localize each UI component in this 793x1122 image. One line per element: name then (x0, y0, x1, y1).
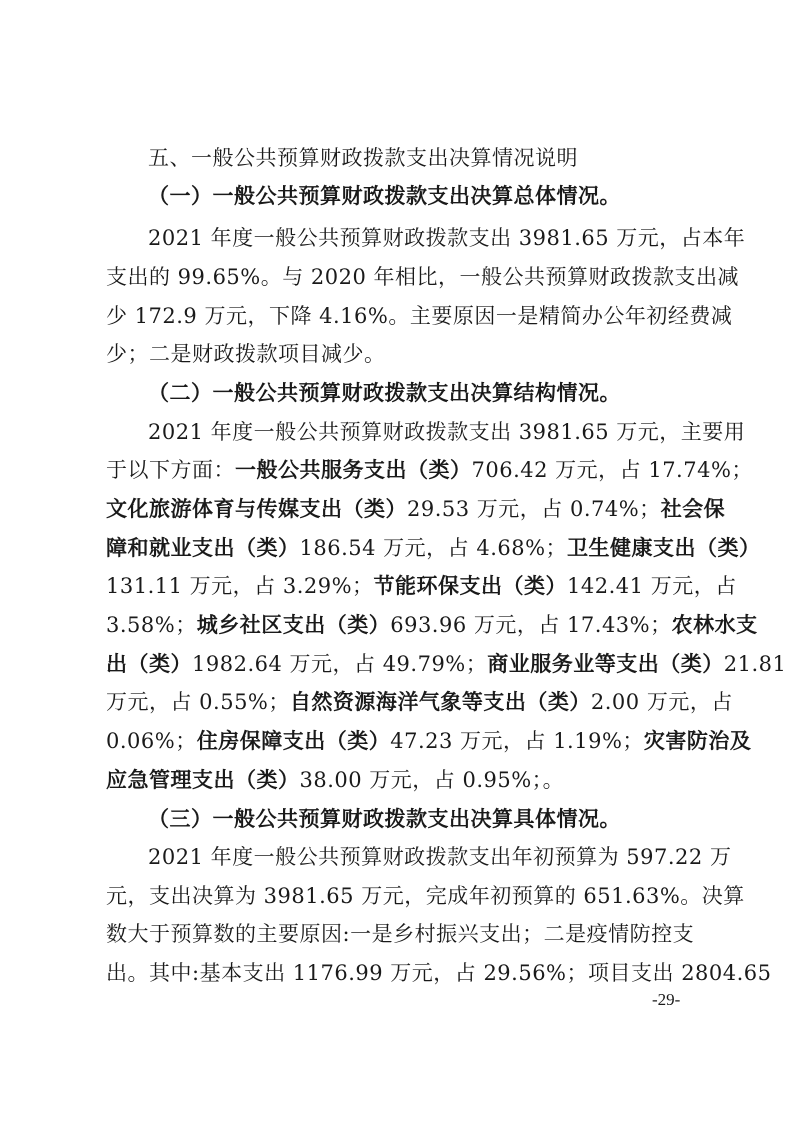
category-label: 出（类） (106, 652, 192, 676)
category-label: 障和就业支出（类） (106, 536, 300, 560)
paragraph-line: 2021 年度一般公共预算财政拨款支出年初预算为 597.22 万 (148, 842, 693, 872)
paragraph-line: 少 172.9 万元，下降 4.16%。主要原因一是精简办公年初经费减 (106, 301, 693, 331)
paragraph-line: 131.11 万元，占 3.29%；节能环保支出（类）142.41 万元，占 (106, 571, 693, 601)
category-label: 农林水支 (672, 613, 758, 637)
subsection-heading-1: （一）一般公共预算财政拨款支出决算总体情况。 (148, 181, 693, 211)
category-label: 住房保障支出（类） (197, 729, 391, 753)
text-run: 于以下方面： (106, 458, 235, 482)
text-run: 131.11 万元，占 3.29%； (106, 574, 374, 598)
text-run: 142.41 万元，占 (567, 574, 737, 598)
paragraph-line: 2021 年度一般公共预算财政拨款支出 3981.65 万元，占本年 (148, 223, 693, 253)
category-label: 一般公共服务支出（类） (235, 458, 472, 482)
paragraph-line: 文化旅游体育与传媒支出（类）29.53 万元，占 0.74%；社会保 (106, 494, 693, 524)
category-label: 社会保 (661, 497, 726, 521)
text-run: 38.00 万元，占 0.95%；。 (300, 768, 565, 792)
category-label: 灾害防治及 (644, 729, 752, 753)
text-run: 29.53 万元，占 0.74%； (407, 497, 661, 521)
text-run: 万元，占 0.55%； (106, 690, 290, 714)
paragraph-line: 2021 年度一般公共预算财政拨款支出 3981.65 万元，主要用 (148, 417, 693, 447)
document-page: 五、一般公共预算财政拨款支出决算情况说明 （一）一般公共预算财政拨款支出决算总体… (0, 0, 793, 1122)
category-label: 商业服务业等支出（类） (487, 652, 724, 676)
paragraph-line: 3.58%；城乡社区支出（类）693.96 万元，占 17.43%；农林水支 (106, 610, 693, 640)
text-run: 0.06%； (106, 729, 197, 753)
paragraph-line: 0.06%；住房保障支出（类）47.23 万元，占 1.19%；灾害防治及 (106, 726, 693, 756)
text-run: 186.54 万元，占 4.68%； (300, 536, 568, 560)
category-label: 应急管理支出（类） (106, 768, 300, 792)
paragraph-line: 万元，占 0.55%；自然资源海洋气象等支出（类）2.00 万元，占 (106, 687, 693, 717)
category-label: 卫生健康支出（类） (567, 536, 761, 560)
paragraph-line: 障和就业支出（类）186.54 万元，占 4.68%；卫生健康支出（类） (106, 533, 693, 563)
subsection-heading-3: （三）一般公共预算财政拨款支出决算具体情况。 (148, 804, 693, 834)
category-label: 节能环保支出（类） (374, 574, 568, 598)
text-run: 1982.64 万元，占 49.79%； (192, 652, 487, 676)
text-run: 3.58%； (106, 613, 197, 637)
page-number: -29- (652, 990, 680, 1010)
category-label: 自然资源海洋气象等支出（类） (290, 690, 591, 714)
category-label: 文化旅游体育与传媒支出（类） (106, 497, 407, 521)
text-run: 706.42 万元，占 17.74%； (472, 458, 753, 482)
text-run: 2021 年度一般公共预算财政拨款支出 3981.65 万元，主要用 (148, 420, 745, 444)
text-run: 21.81 (724, 652, 787, 676)
text-run: 2.00 万元，占 (591, 690, 733, 714)
text-run: 693.96 万元，占 17.43%； (390, 613, 671, 637)
paragraph-line: 支出的 99.65%。与 2020 年相比，一般公共预算财政拨款支出减 (106, 262, 693, 292)
paragraph-line: 出（类）1982.64 万元，占 49.79%；商业服务业等支出（类）21.81 (106, 649, 693, 679)
paragraph-line: 应急管理支出（类）38.00 万元，占 0.95%；。 (106, 765, 693, 795)
paragraph-line: 数大于预算数的主要原因:一是乡村振兴支出；二是疫情防控支 (106, 919, 693, 949)
paragraph-line: 元，支出决算为 3981.65 万元，完成年初预算的 651.63%。决算 (106, 881, 693, 911)
paragraph-line: 于以下方面：一般公共服务支出（类）706.42 万元，占 17.74%； (106, 455, 693, 485)
paragraph-line: 少；二是财政拨款项目减少。 (106, 339, 693, 369)
subsection-heading-2: （二）一般公共预算财政拨款支出决算结构情况。 (148, 378, 693, 408)
section-title: 五、一般公共预算财政拨款支出决算情况说明 (148, 143, 693, 173)
category-label: 城乡社区支出（类） (197, 613, 391, 637)
text-run: 47.23 万元，占 1.19%； (390, 729, 644, 753)
paragraph-line: 出。其中:基本支出 1176.99 万元，占 29.56%；项目支出 2804.… (106, 958, 693, 988)
